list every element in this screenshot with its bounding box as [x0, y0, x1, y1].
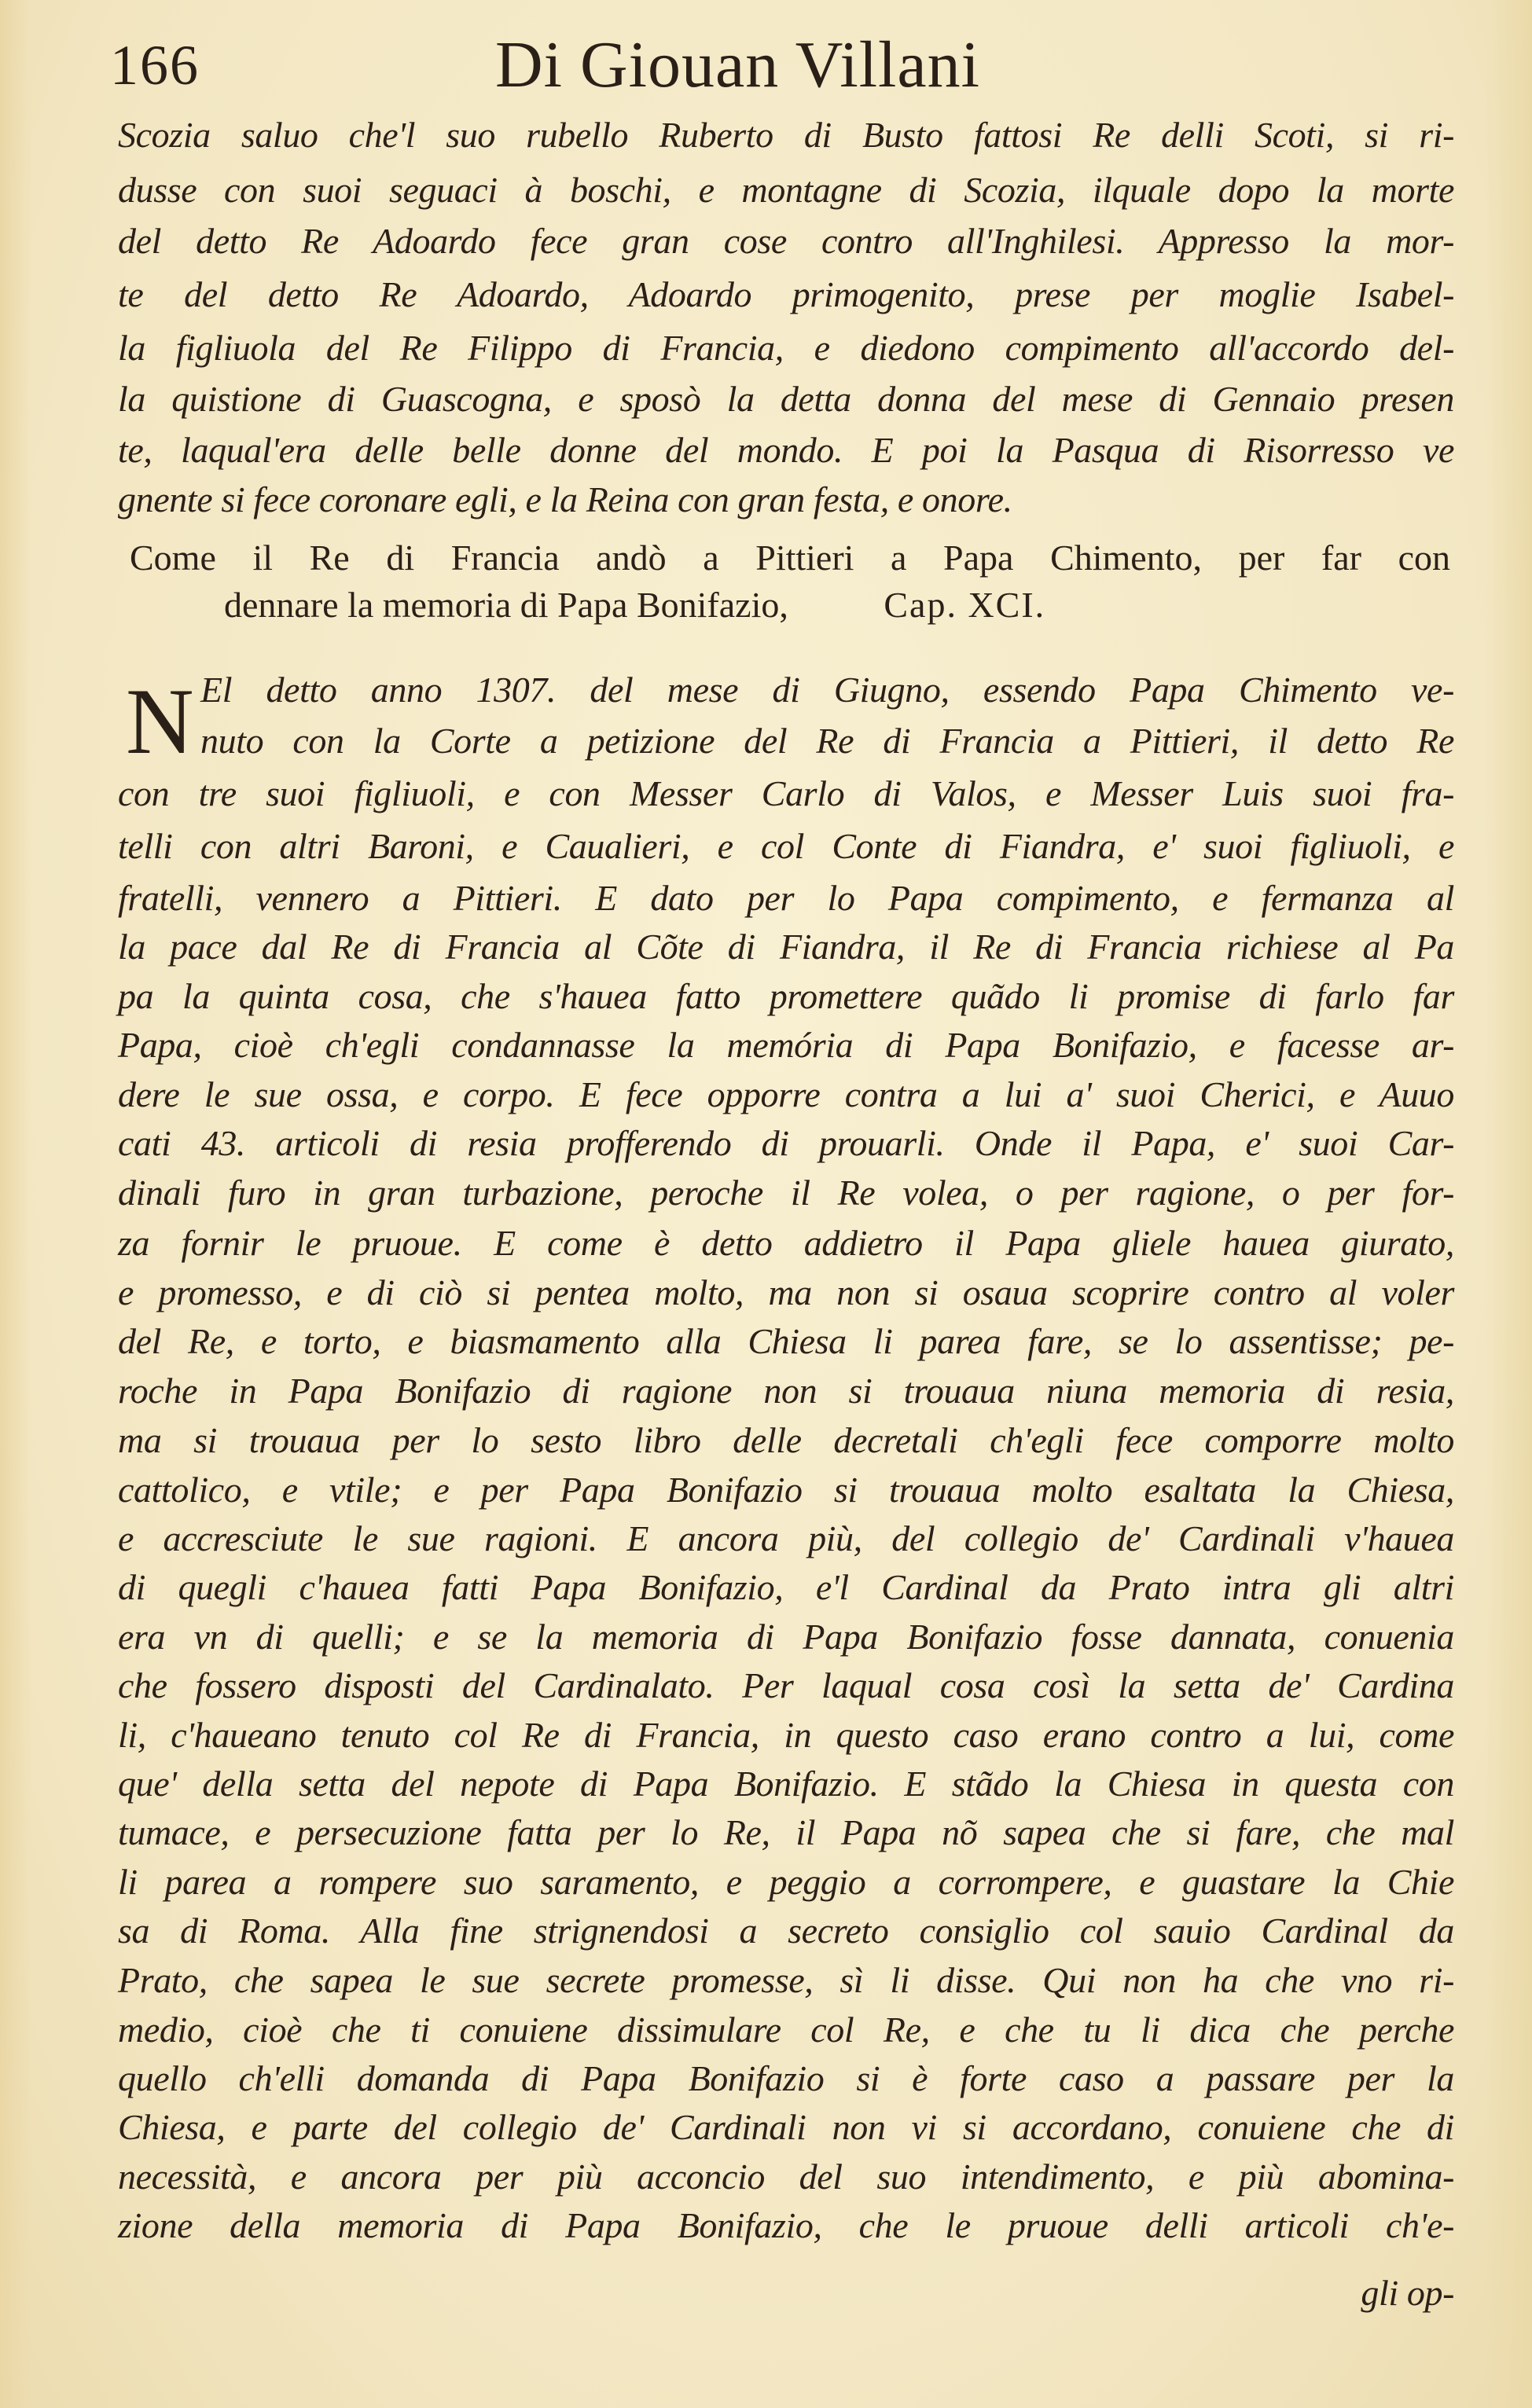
chapter-heading-text: dennare la memoria di Papa Bonifazio,: [224, 585, 788, 625]
text-line: fratelli, vennero a Pittieri. E dato per…: [118, 875, 1454, 922]
text-line: Scozia saluo che'l suo rubello Ruberto d…: [118, 112, 1454, 159]
drop-cap: N: [126, 674, 194, 769]
text-line: medio, cioè che ti conuiene dissimulare …: [118, 2006, 1454, 2054]
text-line: cattolico, e vtile; e per Papa Bonifazio…: [118, 1466, 1454, 1514]
text-line: di quegli c'hauea fatti Papa Bonifazio, …: [118, 1564, 1454, 1611]
running-title: Di Giouan Villani: [495, 30, 980, 101]
text-line: te del detto Re Adoardo, Adoardo primoge…: [118, 271, 1454, 318]
text-line: zione della memoria di Papa Bonifazio, c…: [118, 2202, 1454, 2249]
text-line: telli con altri Baroni, e Caualieri, e c…: [118, 823, 1454, 870]
text-line: sa di Roma. Alla fine strignendosi a sec…: [118, 1907, 1454, 1955]
text-line: Prato, che sapea le sue secrete promesse…: [118, 1957, 1454, 2004]
text-line: nuto con la Corte a petizione del Re di …: [200, 718, 1454, 765]
page-edge-left: [0, 0, 31, 2408]
text-line: la figliuola del Re Filippo di Francia, …: [118, 325, 1454, 372]
text-line: roche in Papa Bonifazio di ragione non s…: [118, 1367, 1454, 1415]
chapter-number: Cap. XCI.: [884, 585, 1045, 625]
text-line: che fossero disposti del Cardinalato. Pe…: [118, 1662, 1454, 1709]
text-line: dinali furo in gran turbazione, peroche …: [118, 1169, 1454, 1217]
text-line: e promesso, e di ciò si pentea molto, ma…: [118, 1269, 1454, 1316]
text-line: gnente si fece coronare egli, e la Reina…: [118, 476, 1454, 523]
text-line: con tre suoi figliuoli, e con Messer Car…: [118, 770, 1454, 817]
chapter-heading-line: Come il Re di Francia andò a Pittieri a …: [130, 534, 1450, 582]
text-line: la quistione di Guascogna, e sposò la de…: [118, 376, 1454, 423]
text-line: li parea a rompere suo saramento, e pegg…: [118, 1859, 1454, 1906]
page-edge-right: [1485, 0, 1532, 2408]
text-line: li, c'haueano tenuto col Re di Francia, …: [118, 1712, 1454, 1759]
page-header: 166 Di Giouan Villani: [110, 30, 1446, 101]
text-line: dusse con suoi seguaci à boschi, e monta…: [118, 167, 1454, 214]
text-line: e accresciute le sue ragioni. E ancora p…: [118, 1515, 1454, 1562]
text-line: pa la quinta cosa, che s'hauea fatto pro…: [118, 973, 1454, 1020]
text-line: tumace, e persecuzione fatta per lo Re, …: [118, 1809, 1454, 1856]
chapter-heading-line: dennare la memoria di Papa Bonifazio, Ca…: [224, 582, 1324, 629]
catchword: gli op-: [118, 2270, 1454, 2317]
text-line: Papa, cioè ch'egli condannasse la memóri…: [118, 1022, 1454, 1069]
page-number: 166: [110, 30, 200, 101]
text-line: era vn di quelli; e se la memoria di Pap…: [118, 1613, 1454, 1661]
text-line: que' della setta del nepote di Papa Boni…: [118, 1760, 1454, 1808]
text-line: del Re, e torto, e biasmamento alla Chie…: [118, 1318, 1454, 1365]
text-line: za fornir le pruoue. E come è detto addi…: [118, 1220, 1454, 1267]
text-line: cati 43. articoli di resia profferendo d…: [118, 1120, 1454, 1167]
text-line: quello ch'elli domanda di Papa Bonifazio…: [118, 2055, 1454, 2102]
text-line: te, laqual'era delle belle donne del mon…: [118, 427, 1454, 474]
text-line: dere le sue ossa, e corpo. E fece opporr…: [118, 1071, 1454, 1118]
text-line: del detto Re Adoardo fece gran cose cont…: [118, 218, 1454, 265]
text-line: ma si trouaua per lo sesto libro delle d…: [118, 1417, 1454, 1464]
text-line: El detto anno 1307. del mese di Giugno, …: [200, 666, 1454, 714]
text-line: Chiesa, e parte del collegio de' Cardina…: [118, 2104, 1454, 2151]
text-line: la pace dal Re di Francia al Cõte di Fia…: [118, 923, 1454, 971]
book-page: 166 Di Giouan Villani Scozia saluo che'l…: [0, 0, 1532, 2408]
text-line: necessità, e ancora per più acconcio del…: [118, 2153, 1454, 2201]
